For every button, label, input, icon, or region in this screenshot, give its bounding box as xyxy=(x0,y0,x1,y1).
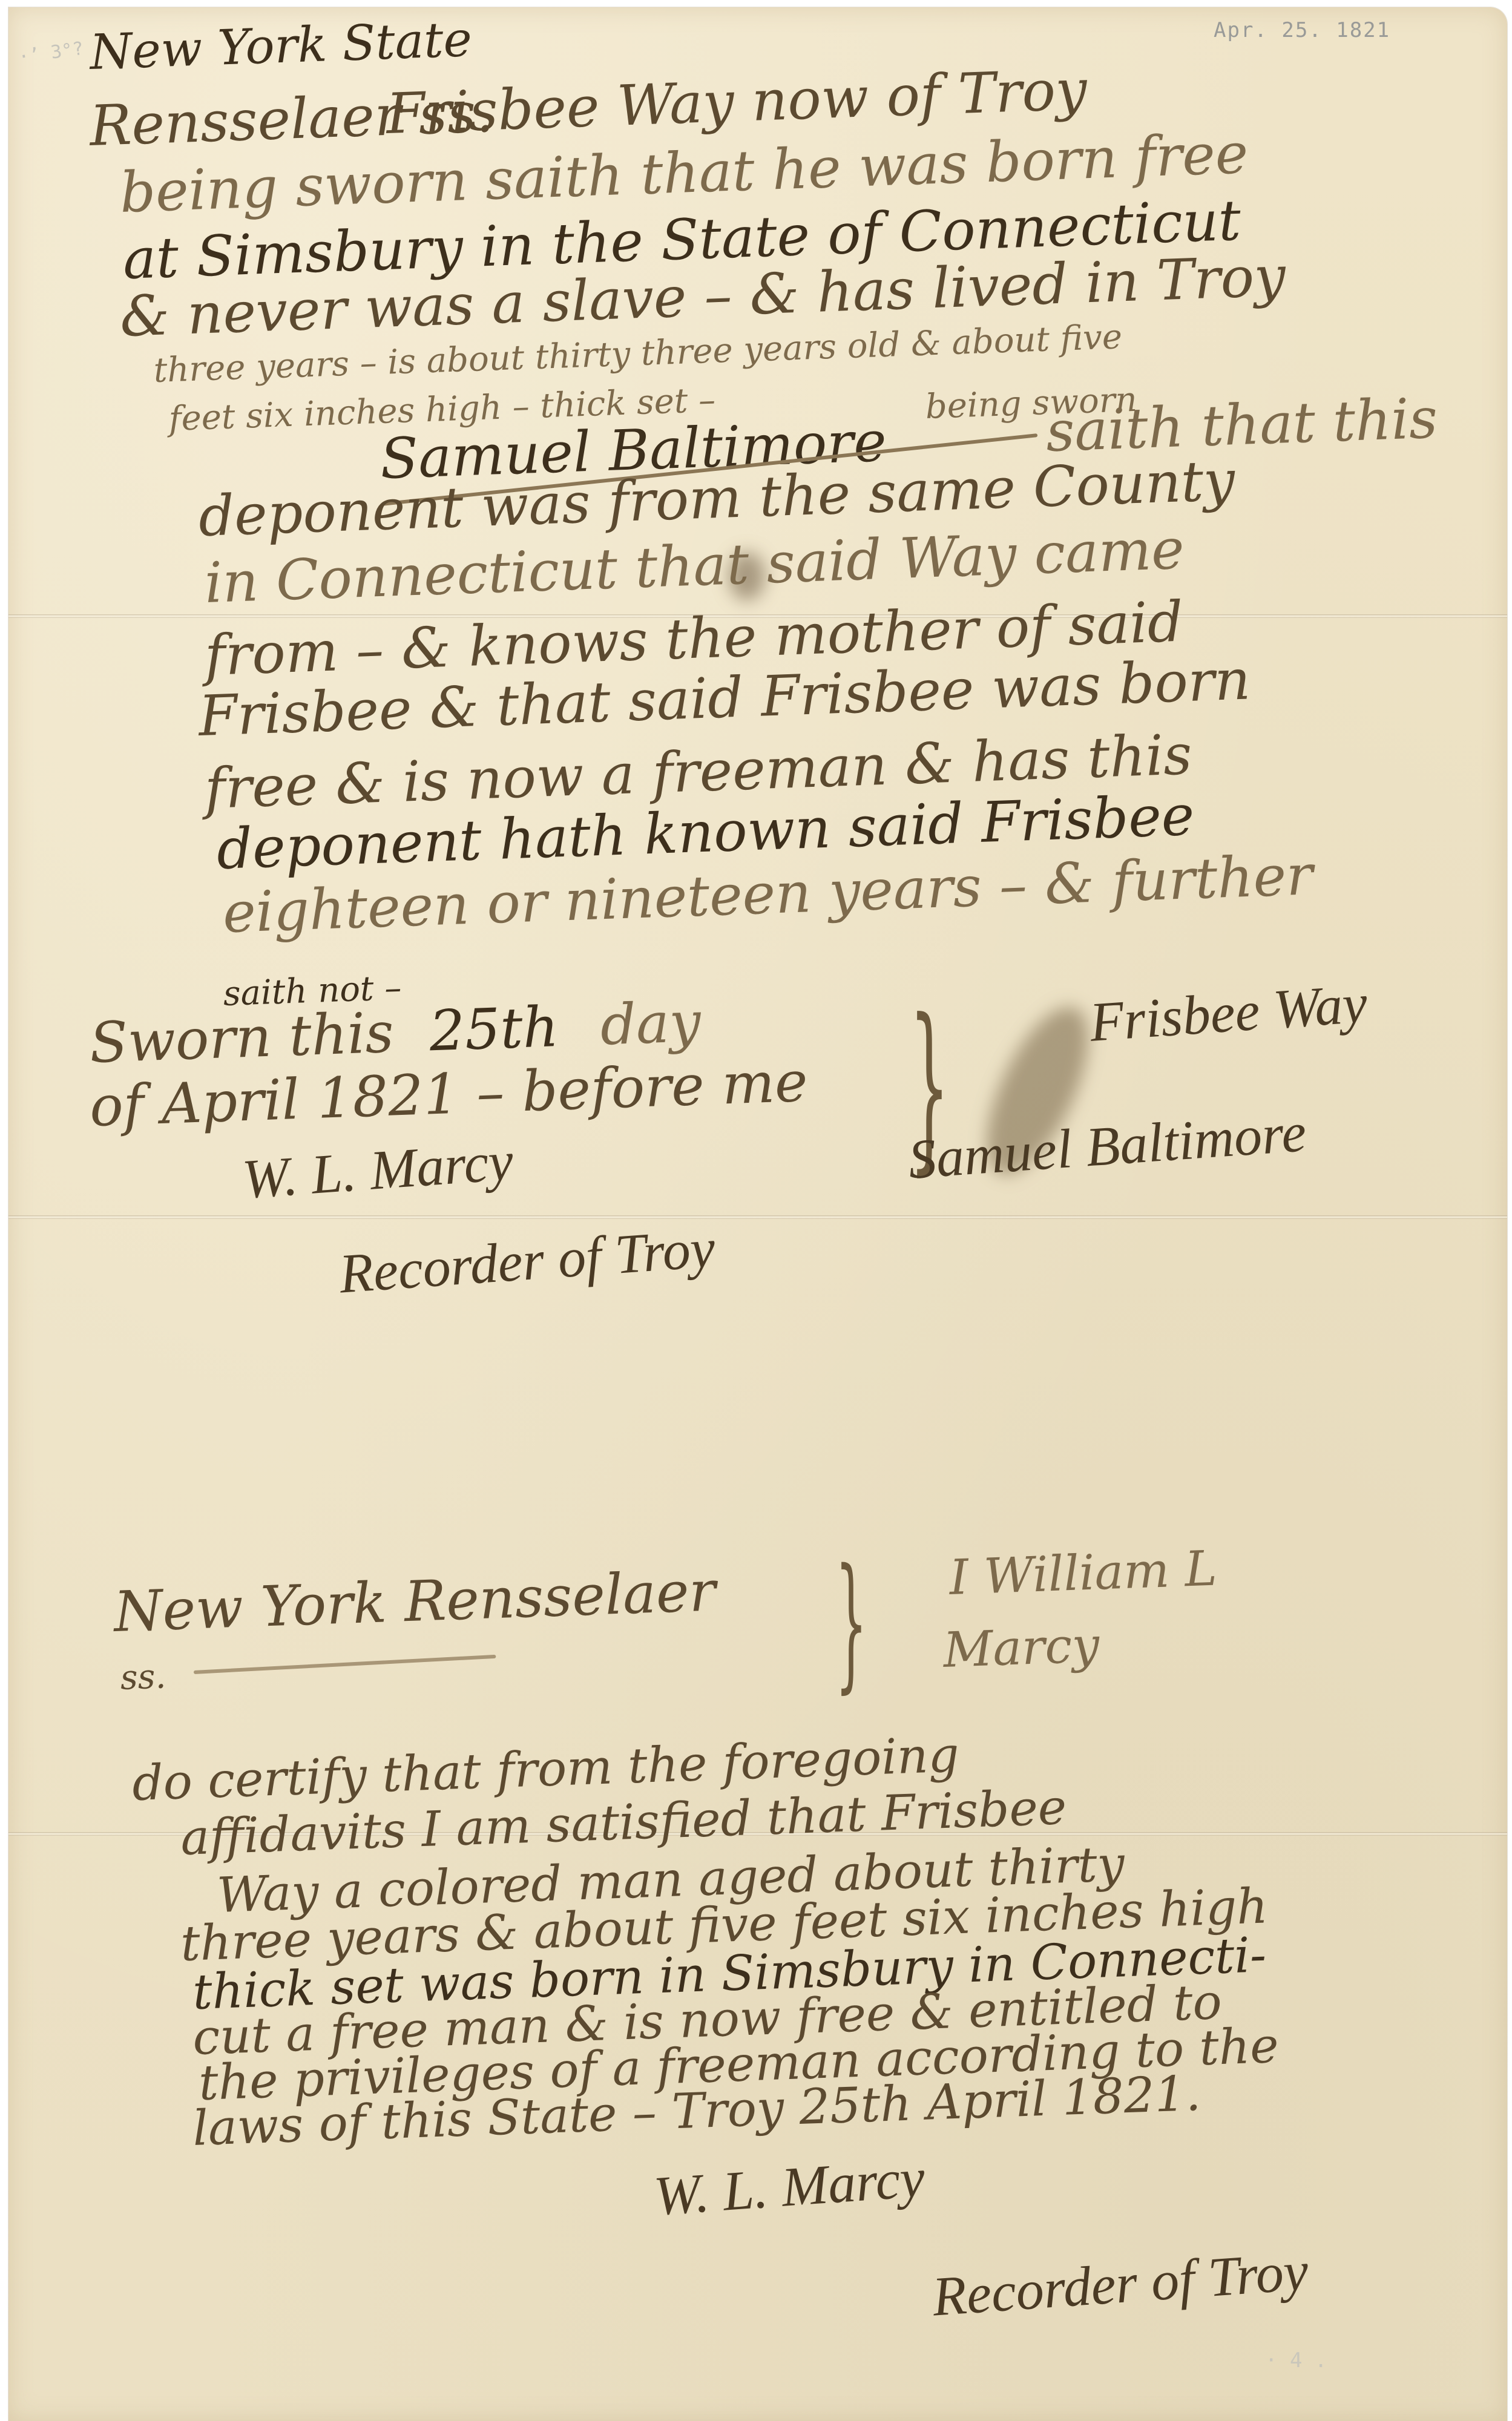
bracket-brace: } xyxy=(835,1537,867,1707)
jurat-prefix: Sworn this xyxy=(88,1000,395,1076)
certifier-surname: Marcy xyxy=(942,1617,1100,1678)
archival-date-note: Apr. 25. 1821 xyxy=(1214,18,1390,42)
bottom-pencil-mark: · 4 . xyxy=(1265,2348,1327,2373)
fold-line xyxy=(8,1215,1507,1219)
jurat-day-label: day xyxy=(599,990,702,1058)
certifier-name: I William L xyxy=(948,1540,1218,1606)
certificate-venue-ss: ss. xyxy=(120,1657,167,1698)
jurat-day: 25th xyxy=(429,994,560,1063)
